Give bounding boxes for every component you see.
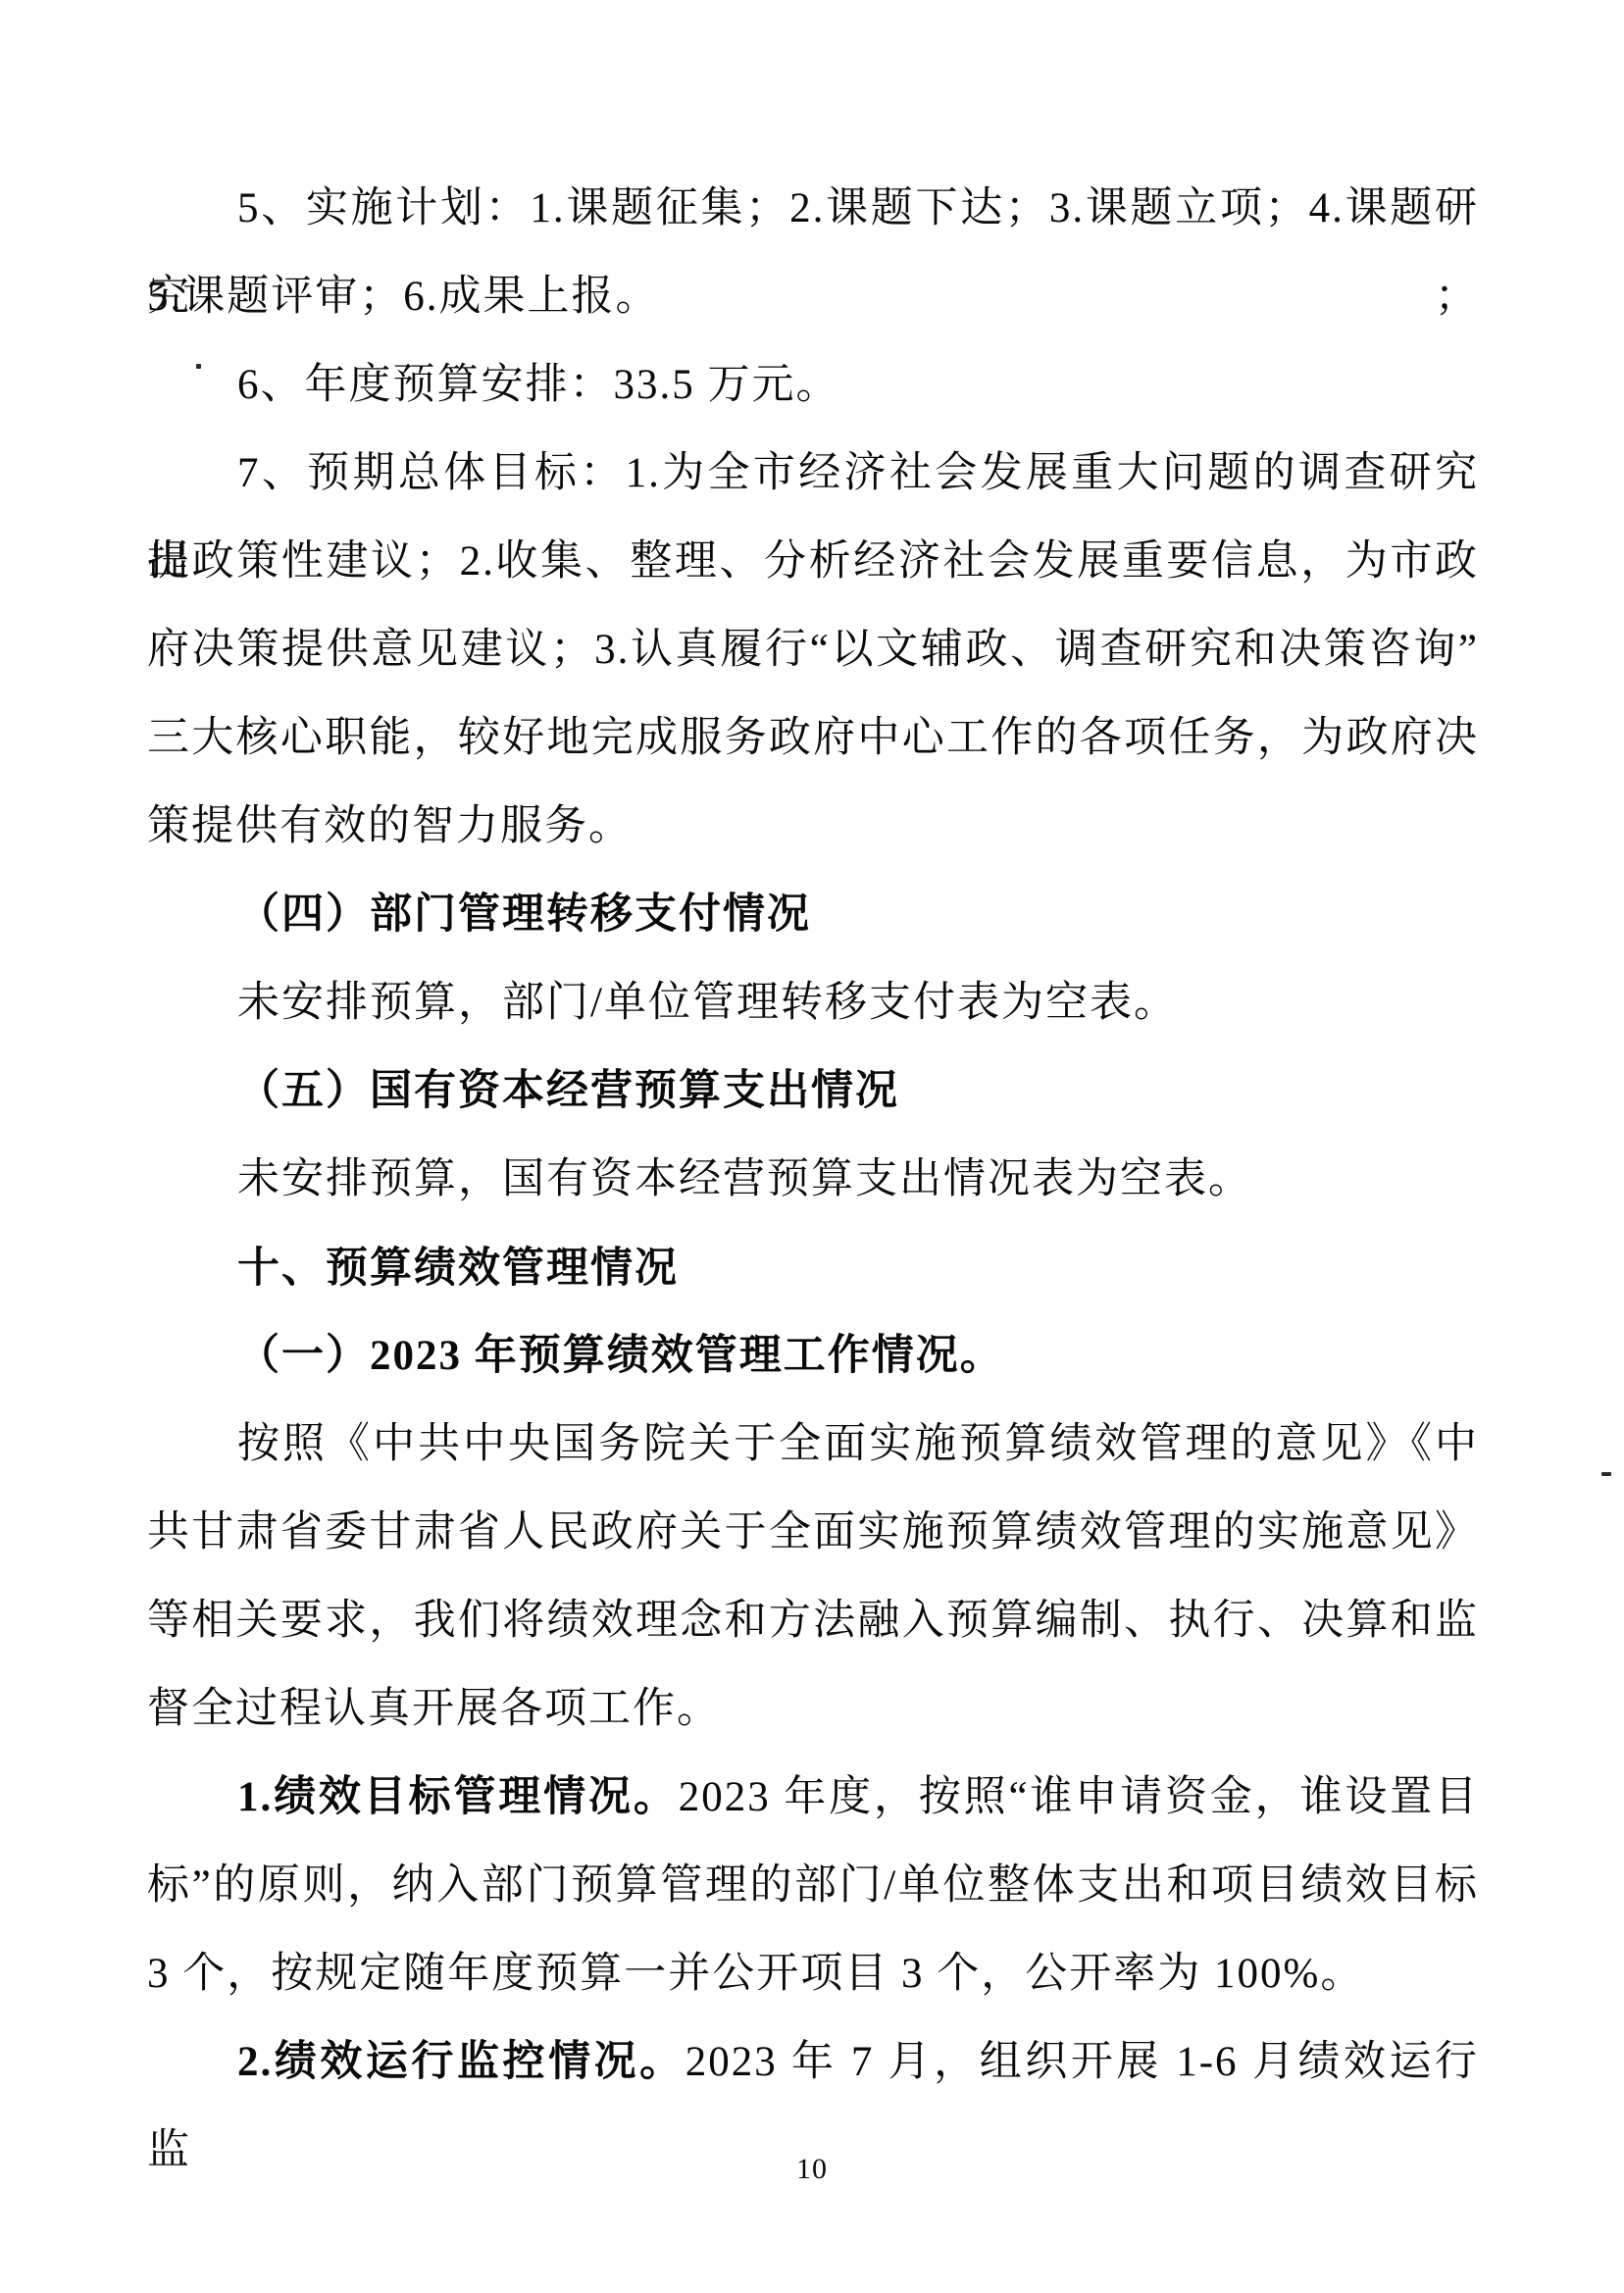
text-line: 府决策提供意见建议；3.认真履行“以文辅政、调查研究和决策咨询”: [147, 606, 1479, 694]
text-line: 出政策性建议；2.收集、整理、分析经济社会发展重要信息，为市政: [147, 518, 1479, 606]
text-line: （一）2023 年预算绩效管理工作情况。: [147, 1312, 1479, 1401]
text-run: 出政策性建议；2.收集、整理、分析经济社会发展重要信息，为市政: [147, 538, 1479, 585]
text-run: 未安排预算，部门/单位管理转移支付表为空表。: [237, 980, 1178, 1026]
text-run: 3 个，按规定随年度预算一并公开项目 3 个，公开率为 100%。: [147, 1951, 1364, 1997]
text-run: 共甘肃省委甘肃省人民政府关于全面实施预算绩效管理的实施意见》: [147, 1509, 1479, 1555]
text-run: 三大核心职能，较好地完成服务政府中心工作的各项任务，为政府决: [147, 715, 1479, 761]
text-run: （五）国有资本经营预算支出情况: [237, 1068, 899, 1114]
text-line: （五）国有资本经营预算支出情况: [147, 1047, 1479, 1136]
document-body: 5、实施计划：1.课题征集；2.课题下达；3.课题立项；4.课题研究；5.课题评…: [0, 0, 1624, 2107]
text-run: 府决策提供意见建议；3.认真履行“以文辅政、调查研究和决策咨询”: [147, 627, 1479, 673]
text-line: 标”的原则，纳入部门预算管理的部门/单位整体支出和项目绩效目标: [147, 1842, 1479, 1930]
text-run: 十、预算绩效管理情况: [237, 1245, 679, 1292]
text-run: 策提供有效的智力服务。: [147, 803, 633, 849]
text-line: 未安排预算，部门/单位管理转移支付表为空表。: [147, 959, 1479, 1047]
text-run: 标”的原则，纳入部门预算管理的部门/单位整体支出和项目绩效目标: [147, 1862, 1479, 1909]
text-line: 督全过程认真开展各项工作。: [147, 1665, 1479, 1754]
text-line: 十、预算绩效管理情况: [147, 1224, 1479, 1312]
text-run: 2023 年度，按照“谁申请资金，谁设置目: [679, 1774, 1479, 1820]
text-run: 等相关要求，我们将绩效理念和方法融入预算编制、执行、决算和监: [147, 1598, 1479, 1644]
page-number: 10: [0, 2152, 1624, 2187]
text-line: （四）部门管理转移支付情况: [147, 871, 1479, 959]
text-run: 按照《中共中央国务院关于全面实施预算绩效管理的意见》《中: [237, 1421, 1479, 1467]
text-line: 未安排预算，国有资本经营预算支出情况表为空表。: [147, 1136, 1479, 1224]
text-line: 3 个，按规定随年度预算一并公开项目 3 个，公开率为 100%。: [147, 1930, 1479, 2018]
text-line: 按照《中共中央国务院关于全面实施预算绩效管理的意见》《中: [147, 1401, 1479, 1489]
scan-speck: [196, 364, 201, 369]
text-run: （一）2023 年预算绩效管理工作情况。: [237, 1333, 1004, 1379]
text-run: 1.绩效目标管理情况。: [237, 1774, 679, 1820]
scan-dash: [1601, 1472, 1611, 1476]
text-line: 策提供有效的智力服务。: [147, 783, 1479, 871]
text-run: 6、年度预算安排：33.5 万元。: [237, 362, 840, 408]
text-run: 未安排预算，国有资本经营预算支出情况表为空表。: [237, 1156, 1252, 1202]
text-line: 6、年度预算安排：33.5 万元。: [147, 341, 1479, 430]
text-run: （四）部门管理转移支付情况: [237, 892, 811, 938]
text-run: 5.课题评审；6.成果上报。: [147, 274, 660, 320]
text-run: 督全过程认真开展各项工作。: [147, 1686, 721, 1732]
text-run: 2.绩效运行监控情况。: [237, 2039, 685, 2085]
text-line: 共甘肃省委甘肃省人民政府关于全面实施预算绩效管理的实施意见》: [147, 1489, 1479, 1577]
text-line: 7、预期总体目标：1.为全市经济社会发展重大问题的调查研究提: [147, 430, 1479, 518]
text-line: 等相关要求，我们将绩效理念和方法融入预算编制、执行、决算和监: [147, 1577, 1479, 1665]
document-page: 5、实施计划：1.课题征集；2.课题下达；3.课题立项；4.课题研究；5.课题评…: [0, 0, 1624, 2293]
text-line: 三大核心职能，较好地完成服务政府中心工作的各项任务，为政府决: [147, 694, 1479, 783]
text-line: 1.绩效目标管理情况。2023 年度，按照“谁申请资金，谁设置目: [147, 1754, 1479, 1842]
text-line: 5、实施计划：1.课题征集；2.课题下达；3.课题立项；4.课题研究；: [147, 165, 1479, 253]
text-line: 2.绩效运行监控情况。2023 年 7 月，组织开展 1-6 月绩效运行监: [147, 2018, 1479, 2107]
